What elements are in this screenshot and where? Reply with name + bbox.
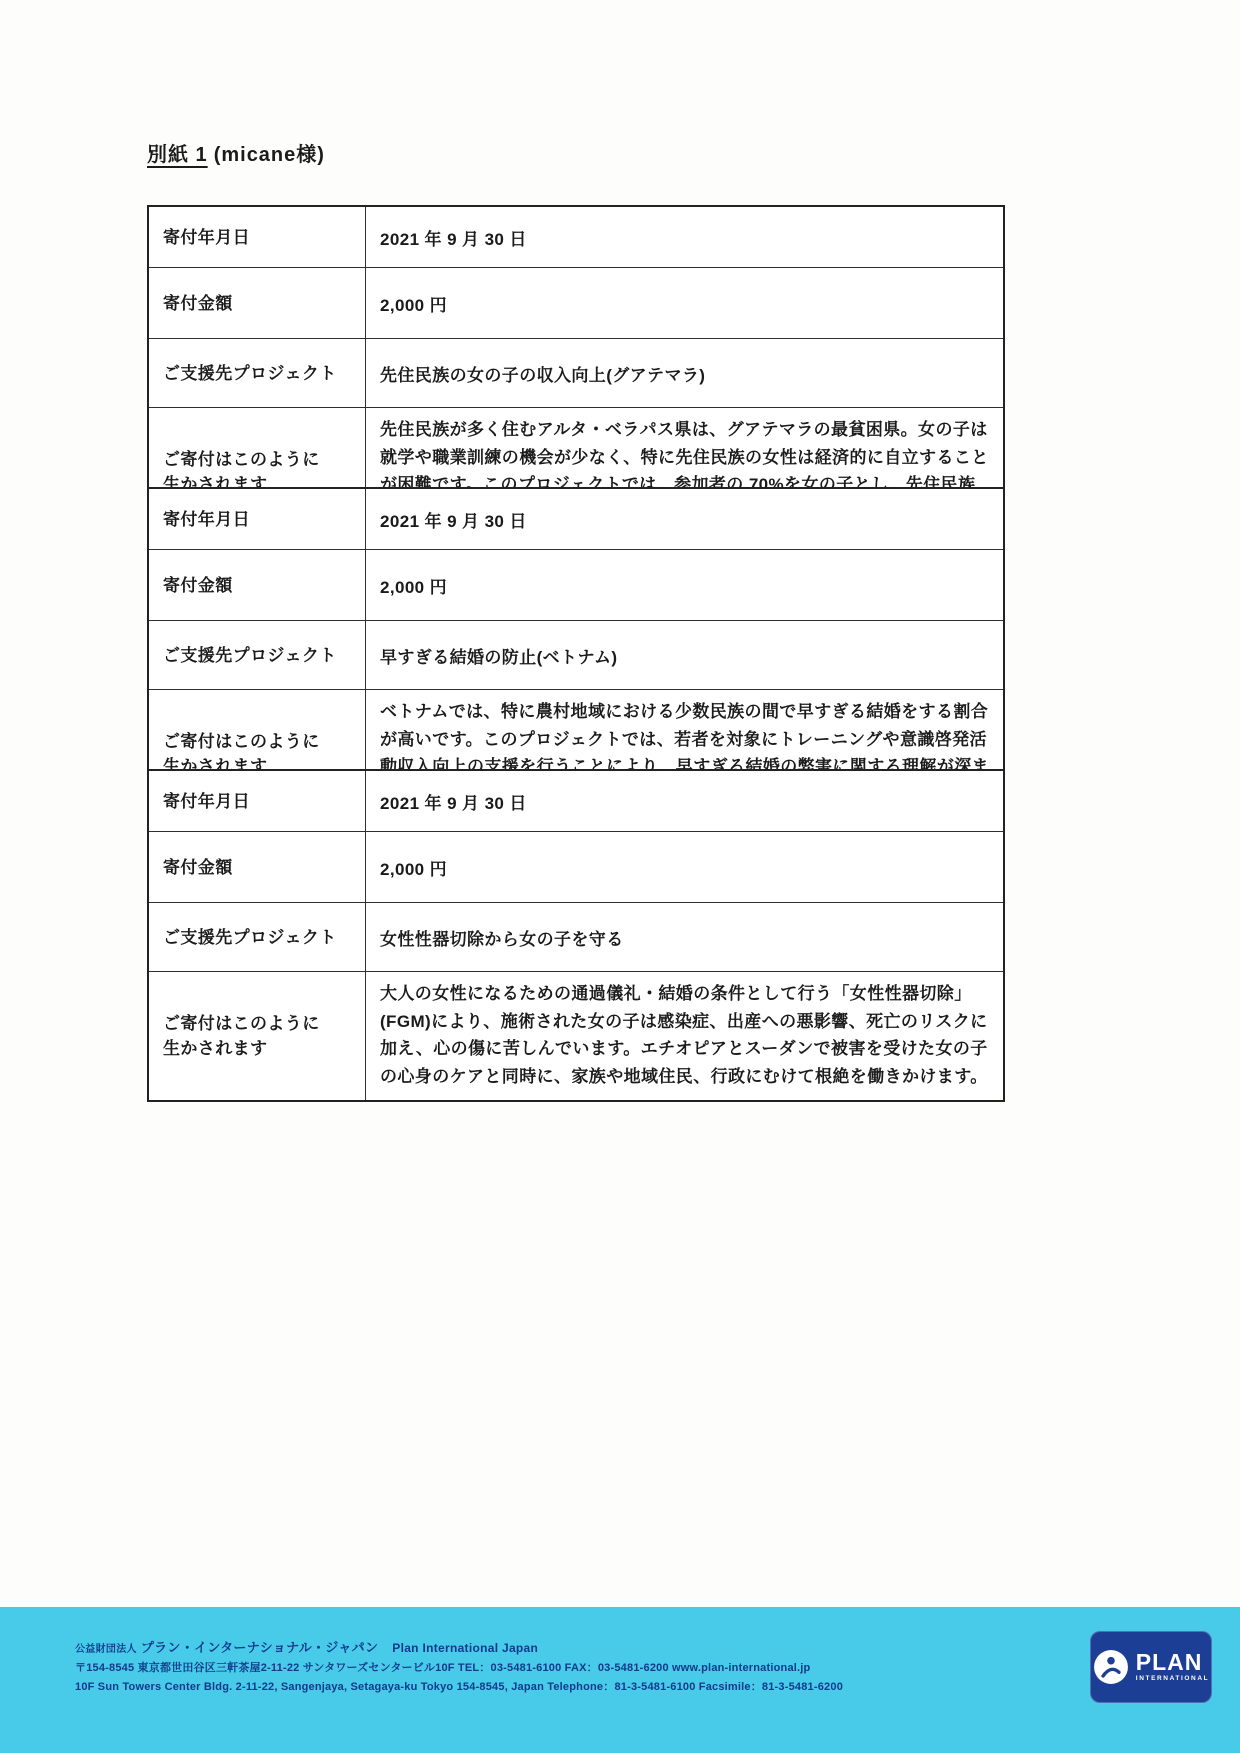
row-label-date: 寄付年月日 — [148, 770, 366, 832]
attachment-number: 別紙 1 — [147, 144, 208, 166]
row-label-date: 寄付年月日 — [148, 206, 366, 268]
plan-international-logo: PLAN INTERNATIONAL — [1090, 1631, 1212, 1703]
footer-address-en: 10F Sun Towers Center Bldg. 2-11-22, San… — [75, 1678, 843, 1697]
plan-logo-emblem-icon — [1093, 1649, 1129, 1685]
table-row: ご寄付はこのように 生かされます 大人の女性になるための通過儀礼・結婚の条件とし… — [148, 972, 1004, 1102]
footer-band: 公益財団法人プラン・インターナショナル・ジャパンPlan Internation… — [0, 1607, 1240, 1753]
donation-project: 先住民族の女の子の収入向上(グアテマラ) — [366, 339, 1005, 408]
row-label-usage: ご寄付はこのように 生かされます — [148, 972, 366, 1102]
table-row: 寄付年月日 2021 年 9 月 30 日 — [148, 206, 1004, 268]
footer-contact-block: 公益財団法人プラン・インターナショナル・ジャパンPlan Internation… — [75, 1639, 843, 1697]
scanned-document-page: 別紙 1(micane様) 寄付年月日 2021 年 9 月 30 日 寄付金額… — [0, 0, 1240, 1753]
donation-description: 大人の女性になるための通過儀礼・結婚の条件として行う「女性性器切除」(FGM)に… — [366, 972, 1005, 1102]
donation-amount: 2,000 円 — [366, 832, 1005, 903]
donation-date: 2021 年 9 月 30 日 — [366, 770, 1005, 832]
row-label-amount: 寄付金額 — [148, 550, 366, 621]
row-label-project: ご支援先プロジェクト — [148, 621, 366, 690]
page-title: 別紙 1(micane様) — [147, 138, 325, 167]
row-label-project: ご支援先プロジェクト — [148, 339, 366, 408]
footer-address-jp: 〒154-8545 東京都世田谷区三軒茶屋2-11-22 サンタワーズセンタービ… — [75, 1659, 843, 1678]
donation-amount: 2,000 円 — [366, 550, 1005, 621]
donation-date: 2021 年 9 月 30 日 — [366, 206, 1005, 268]
donation-project: 女性性器切除から女の子を守る — [366, 903, 1005, 972]
recipient-name: (micane様) — [214, 144, 325, 166]
plan-logo-wordmark: PLAN INTERNATIONAL — [1136, 1651, 1209, 1684]
donation-project: 早すぎる結婚の防止(ベトナム) — [366, 621, 1005, 690]
row-label-project: ご支援先プロジェクト — [148, 903, 366, 972]
table-row: ご支援先プロジェクト 早すぎる結婚の防止(ベトナム) — [148, 621, 1004, 690]
plan-logo-text: PLAN — [1136, 1651, 1203, 1674]
org-name-jp: プラン・インターナショナル・ジャパン — [141, 1640, 378, 1655]
donation-table-3: 寄付年月日 2021 年 9 月 30 日 寄付金額 2,000 円 ご支援先プ… — [147, 769, 1005, 1102]
table-row: 寄付年月日 2021 年 9 月 30 日 — [148, 770, 1004, 832]
table-row: 寄付年月日 2021 年 9 月 30 日 — [148, 488, 1004, 550]
row-label-date: 寄付年月日 — [148, 488, 366, 550]
table-row: 寄付金額 2,000 円 — [148, 550, 1004, 621]
plan-logo-subtext: INTERNATIONAL — [1136, 1674, 1209, 1684]
donation-date: 2021 年 9 月 30 日 — [366, 488, 1005, 550]
org-name-en: Plan International Japan — [392, 1641, 538, 1655]
table-row: ご支援先プロジェクト 女性性器切除から女の子を守る — [148, 903, 1004, 972]
donation-amount: 2,000 円 — [366, 268, 1005, 339]
table-row: 寄付金額 2,000 円 — [148, 832, 1004, 903]
table-row: 寄付金額 2,000 円 — [148, 268, 1004, 339]
table-row: ご支援先プロジェクト 先住民族の女の子の収入向上(グアテマラ) — [148, 339, 1004, 408]
org-legal-type: 公益財団法人 — [75, 1644, 137, 1655]
footer-org-line: 公益財団法人プラン・インターナショナル・ジャパンPlan Internation… — [75, 1639, 843, 1659]
row-label-amount: 寄付金額 — [148, 832, 366, 903]
row-label-amount: 寄付金額 — [148, 268, 366, 339]
